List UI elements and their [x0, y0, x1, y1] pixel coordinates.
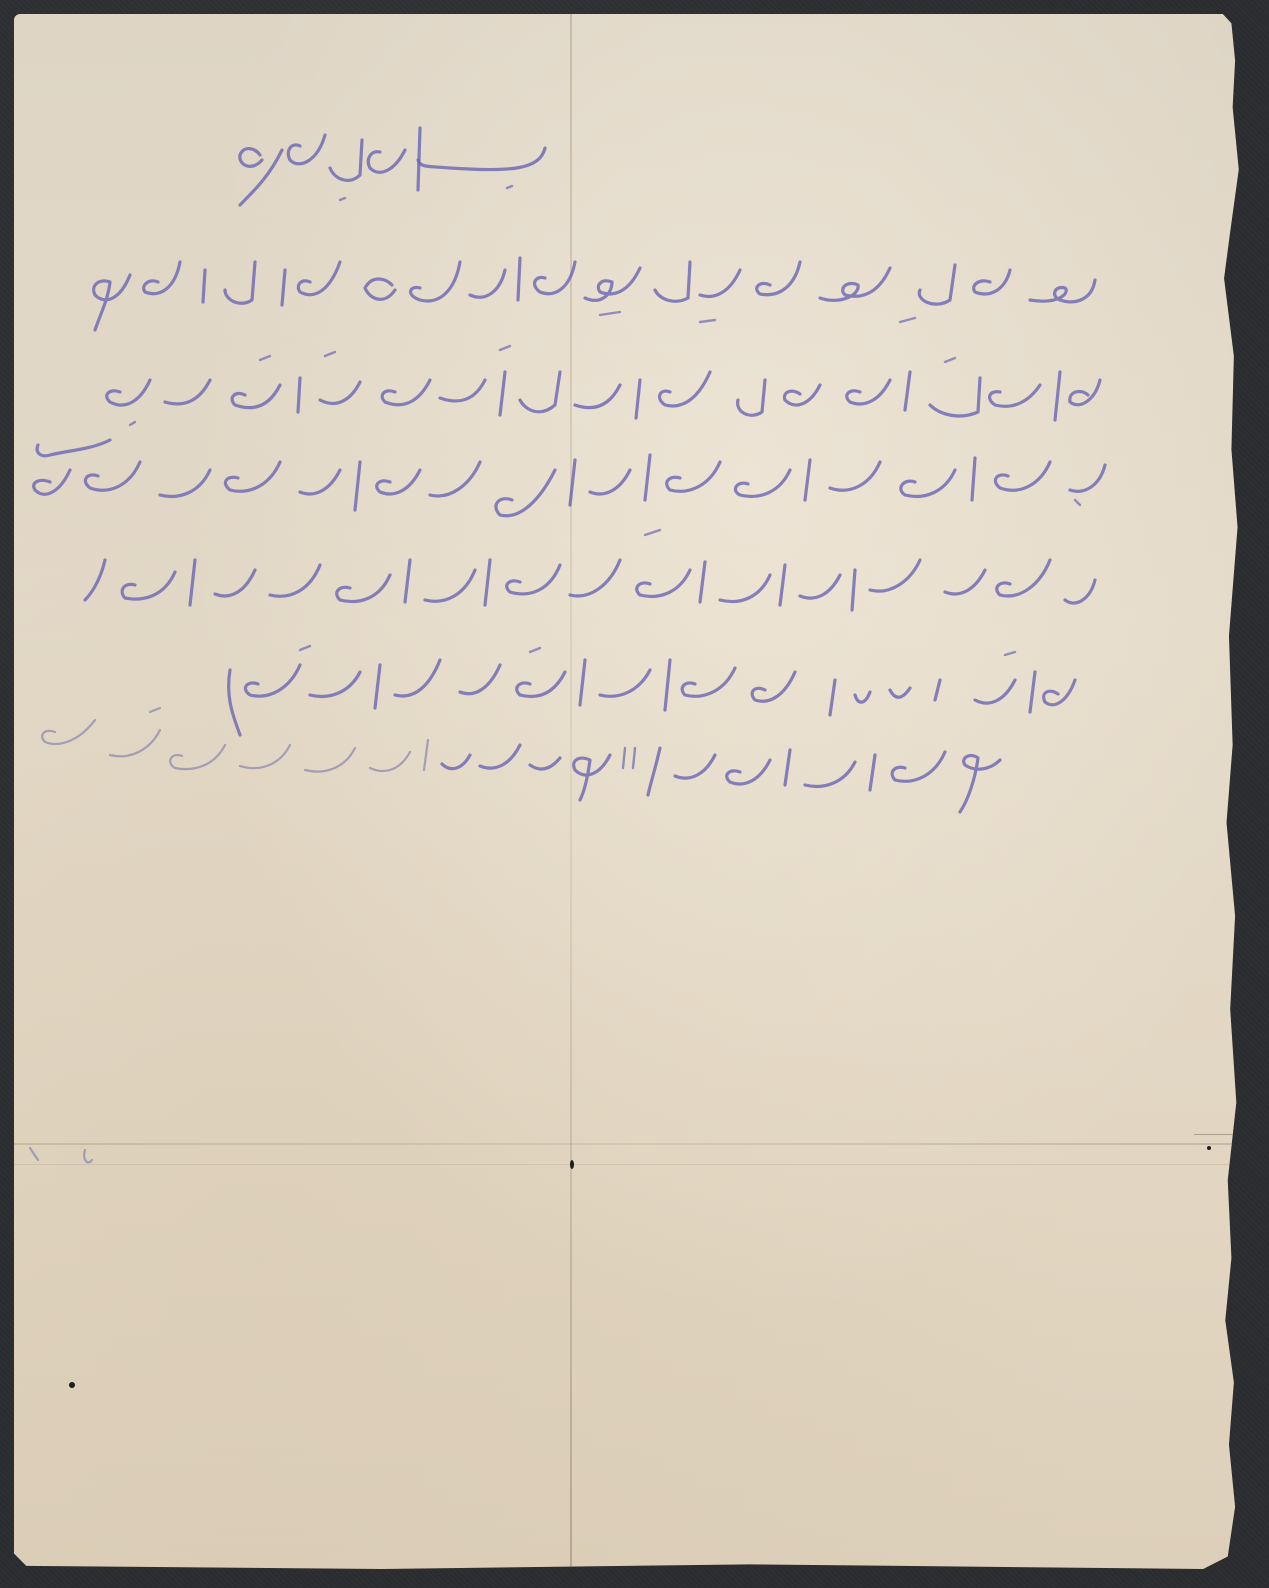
ink-speck — [570, 1160, 574, 1169]
basmala-line: بسم الله الرحمن الرحيم — [235, 130, 545, 210]
text-line-2-amount: المرسلة ثلاث مائة قرشا وثلاثة وخمسين قرش… — [100, 355, 1100, 425]
ink-speck — [69, 1382, 75, 1388]
horizontal-fold-crease-secondary — [14, 1164, 1240, 1165]
text-line-1: قبض محمد بن حميد بن محمد بن القاضي سليما… — [90, 250, 1100, 325]
text-line-4-date: الكندي اقرارا منه بذلك وذلك بيوم الرابع … — [85, 545, 1100, 620]
scan-background: بسم الله الرحمن الرحيم قبض محمد بن حميد … — [0, 0, 1269, 1588]
horizontal-fold-crease — [14, 1143, 1240, 1145]
witness-signature-line: صحيح محمد بن حمد بن محمد اشهد بذلك وانا … — [35, 700, 1005, 815]
text-line-3: من محمد بن سعيد بن محمد السرياني الكندي … — [30, 440, 1110, 515]
ink-speck — [1207, 1146, 1211, 1150]
edge-tear-mark — [1194, 1134, 1240, 1135]
